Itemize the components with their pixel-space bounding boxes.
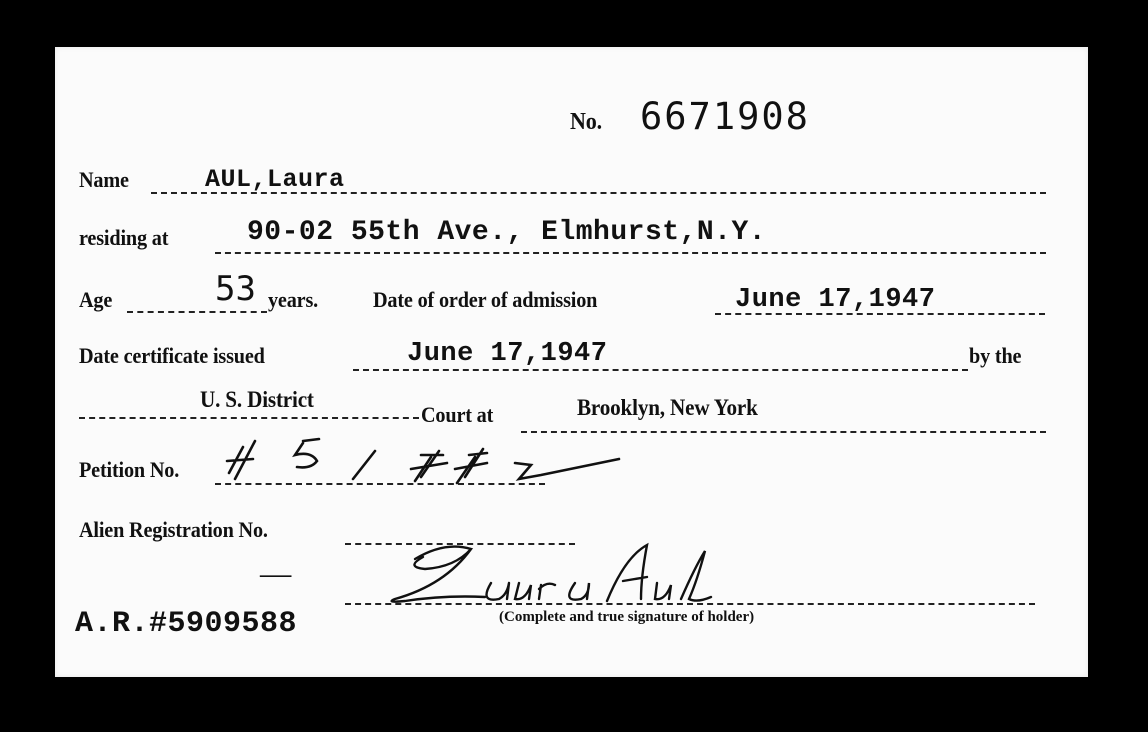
residence-value: 90-02 55th Ave., Elmhurst,N.Y. — [247, 217, 766, 248]
admission-date-value: June 17,1947 — [735, 285, 935, 315]
court-location-value: Brooklyn, New York — [577, 395, 758, 421]
residence-line — [215, 252, 1046, 254]
certificate-number: 6671908 — [640, 95, 810, 138]
certificate-number-label: No. — [570, 109, 602, 136]
age-suffix: years. — [268, 287, 318, 313]
court-name-value: U. S. District — [200, 387, 314, 413]
age-label: Age — [79, 287, 112, 313]
name-label: Name — [79, 167, 129, 193]
residence-label: residing at — [79, 225, 168, 251]
signature-caption: (Complete and true signature of holder) — [499, 609, 754, 626]
certificate-issued-label: Date certificate issued — [79, 343, 265, 369]
admission-date-label: Date of order of admission — [373, 287, 597, 313]
alien-registration-value: — — [260, 555, 291, 593]
certificate-issued-suffix: by the — [969, 343, 1021, 369]
court-at-label: Court at — [421, 402, 493, 428]
petition-label: Petition No. — [79, 457, 179, 483]
naturalization-index-card: No. 6671908 Name AUL,Laura residing at 9… — [55, 47, 1088, 677]
certificate-issued-value: June 17,1947 — [407, 339, 607, 369]
age-value: 53 — [215, 269, 256, 309]
petition-handwritten-number — [225, 433, 655, 493]
alien-registration-label: Alien Registration No. — [79, 517, 268, 543]
court-name-line — [79, 417, 419, 419]
age-line — [127, 311, 267, 313]
signature-handwriting — [375, 537, 755, 617]
ar-number: A.R.#5909588 — [75, 607, 297, 641]
name-value: AUL,Laura — [205, 165, 345, 194]
certificate-issued-line — [353, 369, 968, 371]
